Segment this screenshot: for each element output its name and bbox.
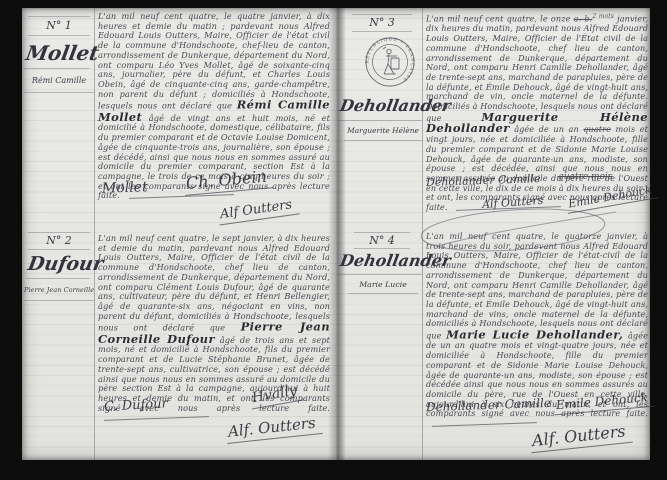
- margin-given-names: Marie Lucie: [348, 276, 418, 294]
- witness-signature: Emile Dehouck: [553, 390, 654, 416]
- struck-word-inline: quatre: [583, 124, 611, 134]
- declarant-signature: C. Dufour: [104, 396, 168, 414]
- witness-signature: Hvally: [249, 382, 305, 410]
- act-text-opening: L'an mil neuf cent quatre, le onze: [426, 14, 570, 24]
- entry-number: N° 3: [352, 14, 412, 32]
- margin-given-names: Pierre Jean Corneille: [24, 280, 94, 301]
- signature-block: Dehollander Camille Emile Dehouck Alf. O…: [426, 384, 648, 456]
- margin-surname: Dufour: [25, 250, 94, 279]
- declarant-signature: Mollet: [102, 179, 148, 197]
- mayor-signature: Alf. Outters: [225, 413, 323, 444]
- svg-text:RÉPUBLIQUE • FRANÇAISE: RÉPUBLIQUE • FRANÇAISE: [364, 36, 416, 83]
- mayor-signature: Alf Outters: [217, 196, 299, 225]
- declarant-signature: Dehollander Camille: [426, 396, 551, 414]
- declarant-signature: Dehollander Camille: [426, 172, 541, 189]
- entry-number: N° 4: [354, 232, 410, 249]
- stamp-ring-text: RÉPUBLIQUE • FRANÇAISE: [364, 36, 416, 83]
- margin-surname: Mollet: [23, 38, 94, 69]
- entry-number: N° 1: [28, 16, 90, 36]
- witness-signature: Ch. Obein: [183, 166, 274, 196]
- entry-number: N° 2: [28, 232, 90, 250]
- correction-note: 2 mots: [592, 13, 614, 20]
- act-text-after-name: âgée de un an: [514, 124, 579, 134]
- scanned-register-page: N° 1 Mollet Rémi Camille L'an mil neuf c…: [0, 0, 667, 480]
- act-text-opening: L'an mil neuf cent quatre, le quatorze j…: [426, 231, 648, 341]
- republique-francaise-stamp-icon: RÉPUBLIQUE • FRANÇAISE: [364, 36, 416, 88]
- act-text-opening: L'an mil neuf cent quatre, le sept janvi…: [98, 233, 330, 333]
- margin-given-names: Marguerite Hélène: [344, 122, 422, 141]
- act-text-middle: janvier, dix heures du matin, pardevant …: [426, 14, 648, 123]
- signature-block: Mollet Ch. Obein Alf Outters: [98, 164, 330, 230]
- struck-words: a. b.: [574, 14, 593, 24]
- paper-sheet: N° 1 Mollet Rémi Camille L'an mil neuf c…: [22, 8, 650, 460]
- struck-margin-note: quatre mois: [558, 172, 612, 182]
- mayor-signature: Alf. Outters: [529, 421, 633, 454]
- left-margin-rule: [94, 8, 95, 460]
- act-text-opening: L'an mil neuf cent quatre, le quatre jan…: [98, 11, 330, 111]
- center-fold-shadow: [328, 8, 346, 460]
- margin-surname: Dehollander: [338, 248, 427, 275]
- signature-block: C. Dufour Hvally Alf. Outters: [98, 386, 330, 456]
- margin-given-names: Rémi Camille: [24, 70, 94, 93]
- margin-surname: Dehollander: [337, 92, 426, 121]
